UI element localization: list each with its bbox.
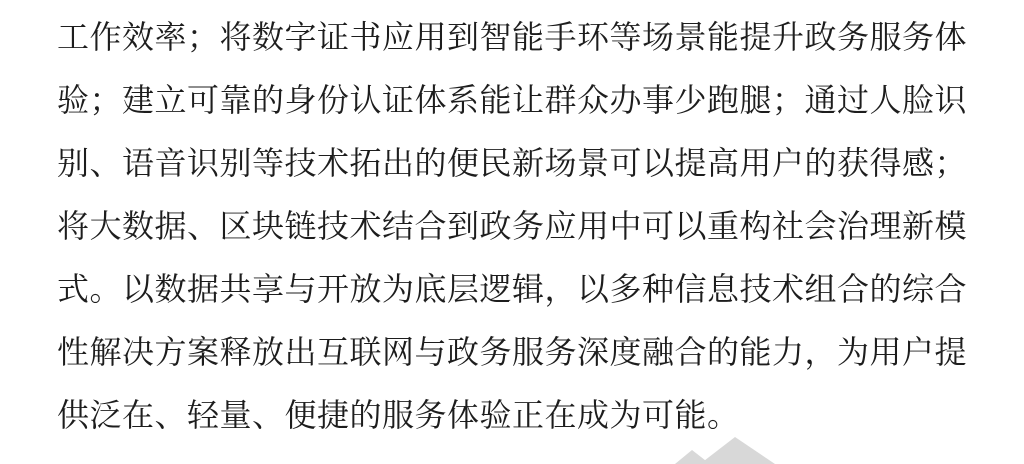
text-line: 别、语音识别等技术拓出的便民新场景可以提高用户的获得感；: [57, 132, 965, 195]
text-line: 工作效率；将数字证书应用到智能手环等场景能提升政务服务体: [57, 6, 965, 69]
text-line: 供泛在、轻量、便捷的服务体验正在成为可能。: [57, 384, 965, 447]
text-line: 将大数据、区块链技术结合到政务应用中可以重构社会治理新模: [57, 195, 965, 258]
document-page: 工作效率；将数字证书应用到智能手环等场景能提升政务服务体 验；建立可靠的身份认证…: [0, 0, 1024, 464]
text-line: 式。以数据共享与开放为底层逻辑，以多种信息技术组合的综合: [57, 258, 965, 321]
large-mountain-shape: [700, 437, 775, 464]
text-line: 性解决方案释放出互联网与政务服务深度融合的能力，为用户提: [57, 321, 965, 384]
text-line: 验；建立可靠的身份认证体系能让群众办事少跑腿；通过人脸识: [57, 69, 965, 132]
mountains-icon: [672, 436, 778, 464]
paragraph: 工作效率；将数字证书应用到智能手环等场景能提升政务服务体 验；建立可靠的身份认证…: [57, 6, 965, 447]
